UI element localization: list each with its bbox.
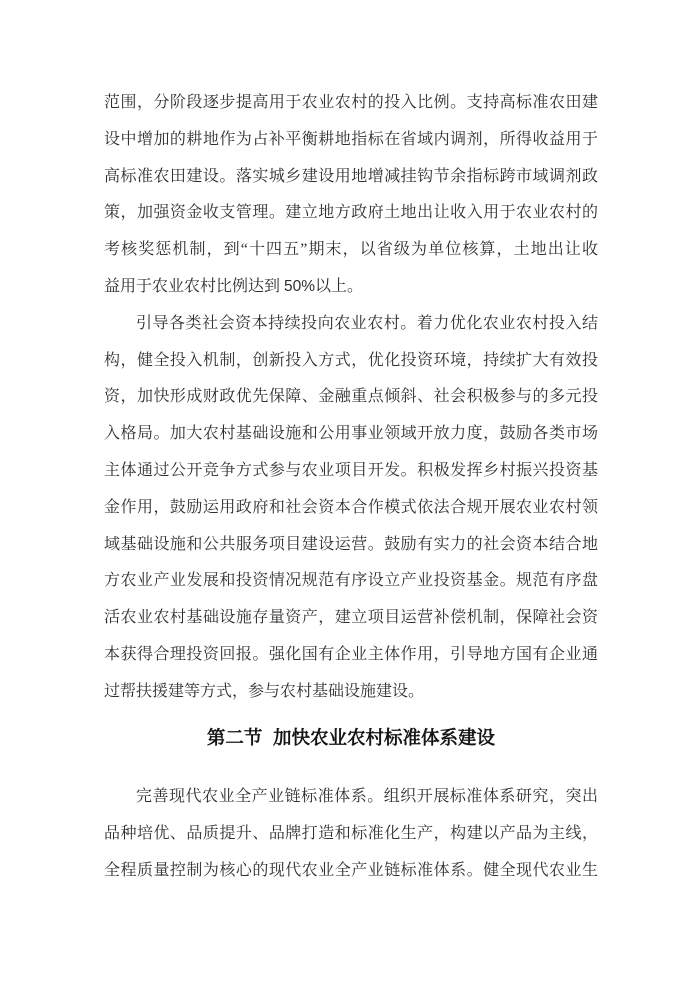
- text-line: 完善现代农业全产业链标准体系。组织开展标准体系研究，突出: [104, 779, 598, 816]
- text-line: 策，加强资金收支管理。建立地方政府土地出让收入用于农业农村的: [104, 195, 598, 232]
- text-line: 方农业产业发展和投资情况规范有序设立产业投资基金。规范有序盘: [104, 563, 598, 600]
- text-line: 考核奖惩机制，到“十四五”期末，以省级为单位核算，土地出让收: [104, 232, 598, 269]
- text-line: 引导各类社会资本持续投向农业农村。着力优化农业农村投入结: [104, 306, 598, 343]
- text-line: 主体通过公开竞争方式参与农业项目开发。积极发挥乡村振兴投资基: [104, 453, 598, 490]
- text-line: 品种培优、品质提升、品牌打造和标准化生产，构建以产品为主线，: [104, 816, 598, 853]
- text-line: 设中增加的耕地作为占补平衡耕地指标在省域内调剂，所得收益用于: [104, 122, 598, 159]
- text-line: 域基础设施和公共服务项目建设运营。鼓励有实力的社会资本结合地: [104, 527, 598, 564]
- text-line: 全程质量控制为核心的现代农业全产业链标准体系。健全现代农业生: [104, 853, 598, 890]
- text-line: 本获得合理投资回报。强化国有企业主体作用，引导地方国有企业通: [104, 637, 598, 674]
- paragraph: 引导各类社会资本持续投向农业农村。着力优化农业农村投入结构，健全投入机制，创新投…: [104, 306, 598, 711]
- text-line: 高标准农田建设。落实城乡建设用地增减挂钩节余指标跨市域调剂政: [104, 159, 598, 196]
- text-line: 资，加快形成财政优先保障、金融重点倾斜、社会积极参与的多元投: [104, 379, 598, 416]
- text-line: 过帮扶援建等方式，参与农村基础设施建设。: [104, 674, 598, 711]
- paragraph: 完善现代农业全产业链标准体系。组织开展标准体系研究，突出品种培优、品质提升、品牌…: [104, 779, 598, 889]
- text-line: 范围，分阶段逐步提高用于农业农村的投入比例。支持高标准农田建: [104, 85, 598, 122]
- paragraph: 范围，分阶段逐步提高用于农业农村的投入比例。支持高标准农田建设中增加的耕地作为占…: [104, 85, 598, 306]
- document-page: 范围，分阶段逐步提高用于农业农村的投入比例。支持高标准农田建设中增加的耕地作为占…: [0, 0, 700, 990]
- text-line: 活农业农村基础设施存量资产，建立项目运营补偿机制，保障社会资: [104, 600, 598, 637]
- text-line: 益用于农业农村比例达到 50%以上。: [104, 269, 598, 306]
- text-line: 构，健全投入机制，创新投入方式，优化投资环境，持续扩大有效投: [104, 343, 598, 380]
- text-line: 金作用，鼓励运用政府和社会资本合作模式依法合规开展农业农村领: [104, 490, 598, 527]
- document-text-block: 范围，分阶段逐步提高用于农业农村的投入比例。支持高标准农田建设中增加的耕地作为占…: [104, 85, 598, 890]
- section-heading: 第二节 加快农业农村标准体系建设: [104, 721, 598, 758]
- text-line: 入格局。加大农村基础设施和公用事业领域开放力度，鼓励各类市场: [104, 416, 598, 453]
- numeric-text: 50%: [284, 278, 315, 295]
